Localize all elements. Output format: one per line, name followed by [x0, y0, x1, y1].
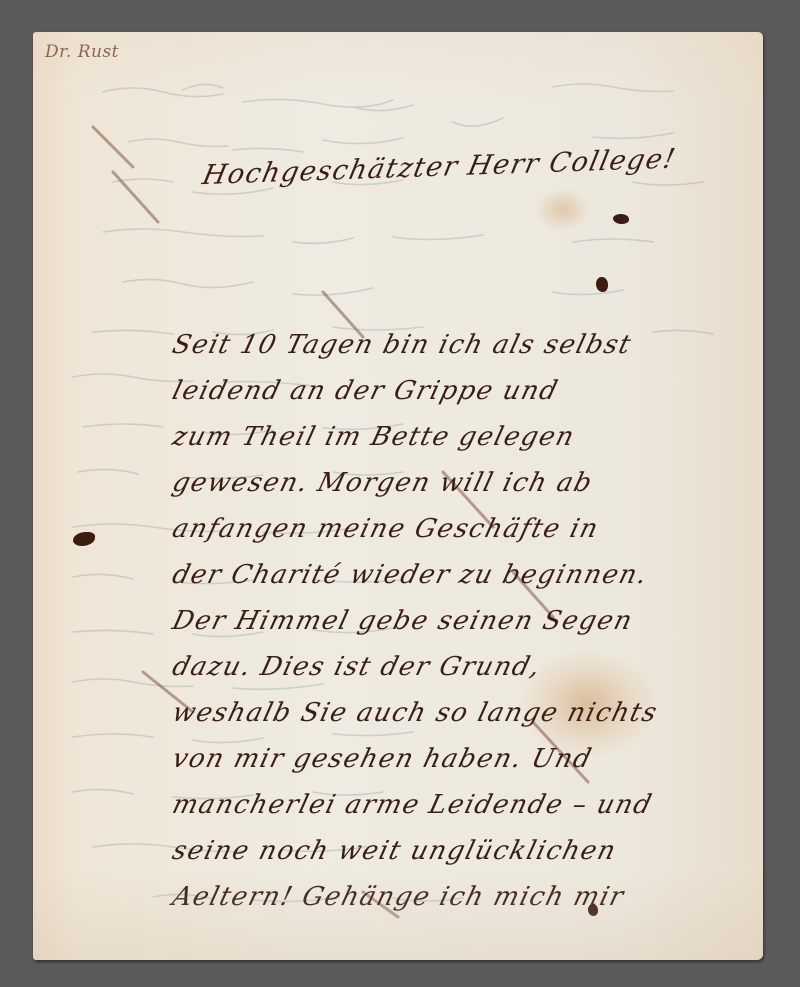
letter-line: anfangen meine Geschäfte in — [169, 514, 602, 544]
ink-blot — [613, 214, 629, 224]
letter-line: Aeltern! Gehänge ich mich mir — [169, 882, 627, 912]
letter-line: leidend an der Grippe und — [169, 376, 562, 406]
letter-line: dazu. Dies ist der Grund, — [169, 652, 544, 682]
ink-blot — [588, 904, 598, 916]
letter-line: Der Himmel gebe seinen Segen — [169, 606, 636, 636]
letter-line: gewesen. Morgen will ich ab — [169, 468, 596, 498]
letter-line: Seit 10 Tagen bin ich als selbst — [169, 330, 635, 360]
letter-line: der Charité wieder zu beginnen. — [169, 560, 651, 590]
letter-line: von mir gesehen haben. Und — [169, 744, 595, 774]
ink-blot — [596, 277, 608, 292]
letter-body: Hochgeschätzter Herr College! Seit 10 Ta… — [33, 32, 763, 960]
letter-page: Dr. Rust Hochgeschätzter Herr College! S… — [33, 32, 763, 960]
letter-line: weshalb Sie auch so lange nichts — [169, 698, 661, 728]
letter-line: mancherlei arme Leidende – und — [169, 790, 655, 820]
salutation: Hochgeschätzter Herr College! — [200, 143, 679, 191]
letter-line: zum Theil im Bette gelegen — [169, 422, 578, 452]
letter-line: seine noch weit unglücklichen — [169, 836, 620, 866]
